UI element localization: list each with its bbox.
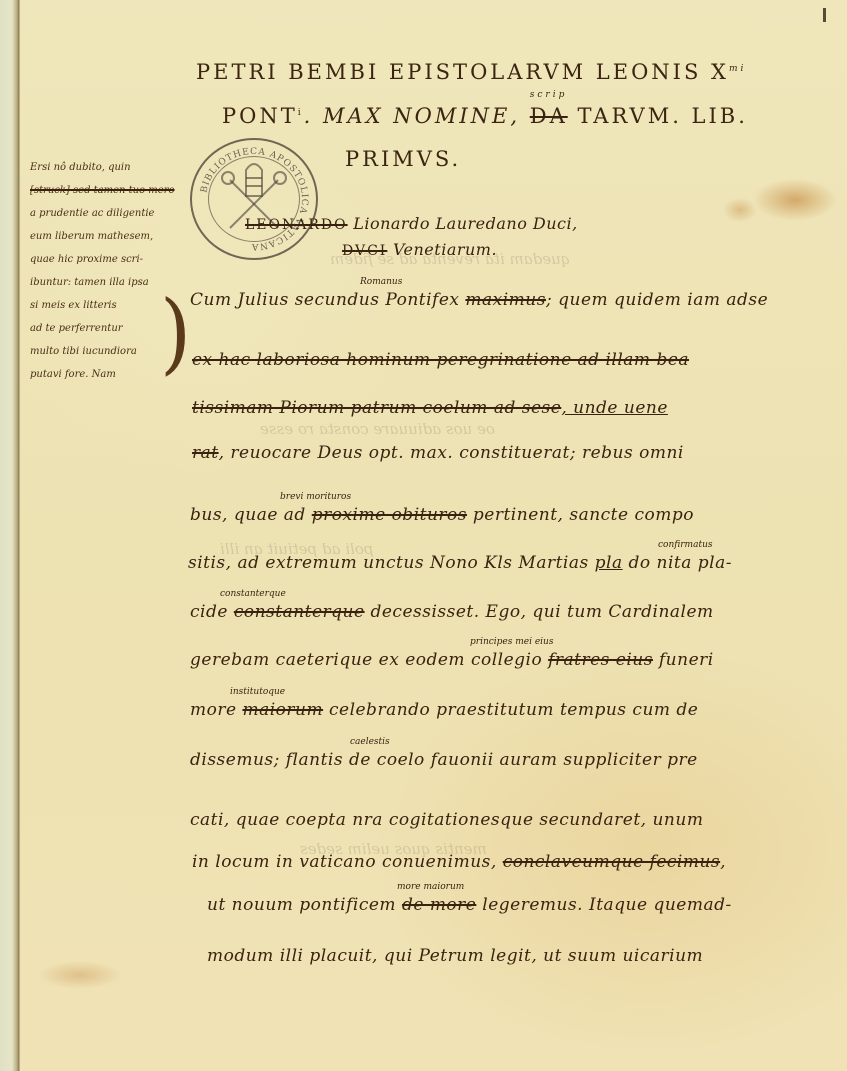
text-segment: do nita pla- xyxy=(623,553,732,573)
text-segment: more xyxy=(190,700,242,720)
text-segment: bus, quae ad xyxy=(190,505,312,525)
struck-text: ex hac laboriosa hominum peregrinatione … xyxy=(192,350,689,370)
underlined-text: , unde uene xyxy=(561,398,668,418)
address-line-1: LEONARDO Lionardo Lauredano Duci, xyxy=(245,214,578,233)
binding-spine xyxy=(0,0,20,1071)
text-segment: Cum Julius secundus Pontifex xyxy=(190,290,465,310)
body-line: tissimam Piorum patrum coelum ad sese, u… xyxy=(192,398,668,418)
struck-text: conclaveumque fecimus xyxy=(503,852,720,872)
text-segment: funeri xyxy=(653,650,714,670)
body-line: in locum in vaticano conuenimus, conclav… xyxy=(192,852,726,872)
interlinear-insertion: Romanus xyxy=(360,277,402,287)
interlinear-insertion: brevi morituros xyxy=(280,492,351,502)
body-line: cide constanterque decessisset. Ego, qui… xyxy=(190,602,714,622)
title-line-1: PETRI BEMBI EPISTOLARVM LEONIS Xmi xyxy=(196,60,746,84)
body-line: gerebam caeterique ex eodem collegio fra… xyxy=(190,650,714,670)
library-stamp: BIBLIOTHECA APOSTOLICA VATICANA xyxy=(190,138,318,260)
seal-emblem-icon: BIBLIOTHECA APOSTOLICA VATICANA xyxy=(192,140,316,258)
body-line: modum illi placuit, qui Petrum legit, ut… xyxy=(207,946,703,966)
title-line-2: PONTi. MAX NOMINE, DA scrip TARVM. LIB. xyxy=(222,104,748,128)
body-line: cati, quae coepta nra cogitationesque se… xyxy=(190,810,703,830)
address-line-2: DVCI Venetiarum. xyxy=(342,240,497,259)
text-segment: decessisset. Ego, qui tum Cardinalem xyxy=(365,602,714,622)
text-segment: , reuocare Deus opt. max. constituerat; … xyxy=(219,443,684,463)
body-line: bus, quae ad proxime obituros pertinent,… xyxy=(190,505,694,525)
body-line: Cum Julius secundus Pontifex maximus; qu… xyxy=(190,290,768,310)
text-segment: cati, quae coepta nra cogitationesque se… xyxy=(190,810,703,830)
title-line-3: PRIMVS. xyxy=(345,147,461,171)
struck-text: maximus xyxy=(465,290,546,310)
text-segment: , xyxy=(720,852,726,872)
interlinear-insertion: confirmatus xyxy=(658,540,713,550)
text-segment: cide xyxy=(190,602,234,622)
page-edge-mark xyxy=(823,8,826,22)
text-segment: modum illi placuit, qui Petrum legit, ut… xyxy=(207,946,703,966)
interlinear-insertion: institutoque xyxy=(230,687,285,697)
text-segment: legeremus. Itaque quemad- xyxy=(476,895,731,915)
svg-text:BIBLIOTHECA APOSTOLICA VATICAN: BIBLIOTHECA APOSTOLICA VATICANA xyxy=(199,147,309,251)
margin-brace: ) xyxy=(160,281,191,383)
underlined-text: pla xyxy=(595,553,623,573)
body-line: rat, reuocare Deus opt. max. constituera… xyxy=(192,443,684,463)
margin-note: Ersi nô dubito, quin [struck] sed tamen … xyxy=(30,156,175,386)
interlinear-insertion: more maiorum xyxy=(397,882,464,892)
struck-text: de more xyxy=(402,895,476,915)
text-segment: dissemus; flantis de coelo fauonii auram… xyxy=(190,750,698,770)
body-line: ut nouum pontificem de more legeremus. I… xyxy=(207,895,732,915)
text-segment: celebrando praestitutum tempus cum de xyxy=(323,700,698,720)
text-segment: in locum in vaticano conuenimus, xyxy=(192,852,503,872)
body-line: more maiorum celebrando praestitutum tem… xyxy=(190,700,698,720)
text-segment: gerebam caeterique ex eodem collegio xyxy=(190,650,548,670)
struck-text: tissimam Piorum patrum coelum ad sese xyxy=(192,398,561,418)
struck-text: maiorum xyxy=(242,700,323,720)
interlinear-insertion: principes mei eius xyxy=(470,637,553,647)
text-segment: ut nouum pontificem xyxy=(207,895,402,915)
body-line: dissemus; flantis de coelo fauonii auram… xyxy=(190,750,698,770)
interlinear-insertion: constanterque xyxy=(220,589,286,599)
text-segment: pertinent, sancte compo xyxy=(467,505,694,525)
bleed-through-text: oe uos adiuuare consta ro esse xyxy=(260,420,495,438)
struck-text: proxime obituros xyxy=(312,505,467,525)
struck-text: fratres eius xyxy=(548,650,653,670)
text-segment: sitis, ad extremum unctus Nono Kls Marti… xyxy=(188,553,595,573)
text-segment: ; quem quidem iam adse xyxy=(546,290,768,310)
struck-text: constanterque xyxy=(234,602,365,622)
body-line: sitis, ad extremum unctus Nono Kls Marti… xyxy=(188,553,732,573)
struck-text: rat xyxy=(192,443,219,463)
interlinear-insertion: caelestis xyxy=(350,737,390,747)
body-line: ex hac laboriosa hominum peregrinatione … xyxy=(192,350,689,370)
